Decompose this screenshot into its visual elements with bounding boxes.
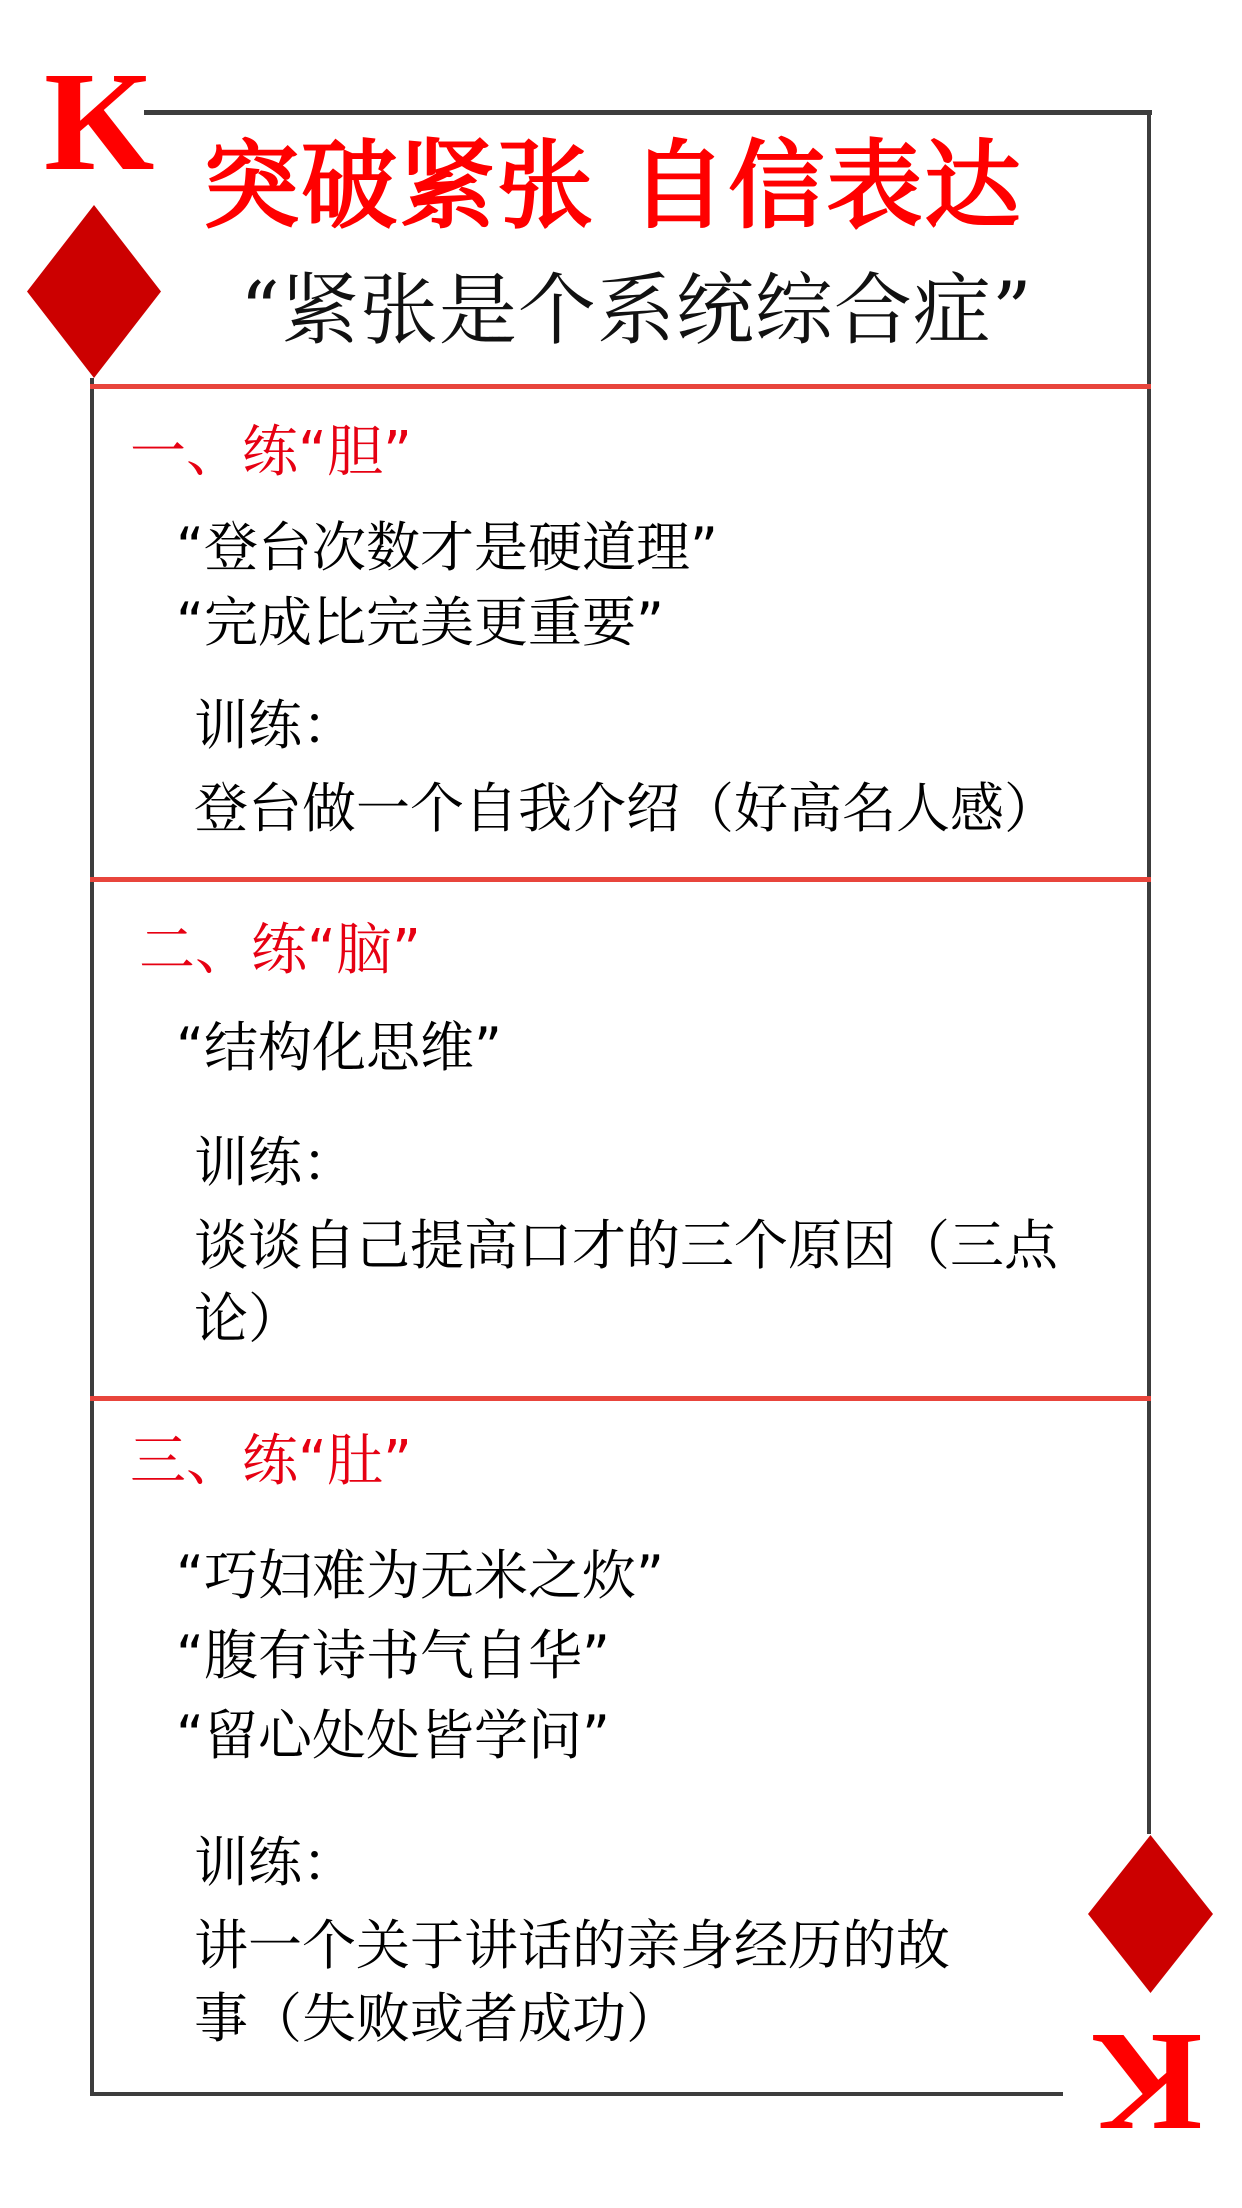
training-text: 谈谈自己提高口才的三个原因（三点 [194,1219,1058,1273]
quote-line: “完成比完美更重要” [176,596,664,650]
training-text: 登台做一个自我介绍（好高名人感） [194,782,1058,836]
training-label: 训练： [194,1136,356,1190]
section-heading: 二、练“脑” [139,923,421,979]
training-label: 训练： [194,699,356,753]
frame-left-border [90,378,94,2096]
page-subtitle: “紧张是个系统综合症” [240,272,1033,350]
training-label: 训练： [194,1836,356,1890]
frame-right-border [1147,110,1151,1834]
training-text: 讲一个关于讲话的亲身经历的故 [194,1919,950,1973]
quote-line: “登台次数才是硬道理” [176,521,718,575]
section-divider [90,384,1151,389]
training-text: 事（失败或者成功） [194,1992,680,2046]
section-divider [90,877,1151,882]
quote-line: “留心处处皆学问” [176,1709,610,1763]
training-text: 论） [194,1292,302,1346]
section-divider [90,1396,1151,1401]
quote-line: “巧妇难为无米之炊” [176,1549,664,1603]
frame-bottom-border [90,2092,1063,2096]
quote-line: “腹有诗书气自华” [176,1629,610,1683]
section-heading: 一、练“胆” [130,425,412,481]
frame-top-border [144,110,1152,115]
rank-letter-bottom: K [1092,2012,1202,2154]
rank-letter-top: K [44,50,154,192]
diamond-suit-icon-bottom [1088,1835,1213,1993]
section-heading: 三、练“肚” [130,1434,412,1490]
quote-line: “结构化思维” [176,1021,502,1075]
page-title: 突破紧张 自信表达 [203,138,1022,234]
diamond-suit-icon-top [27,205,161,378]
